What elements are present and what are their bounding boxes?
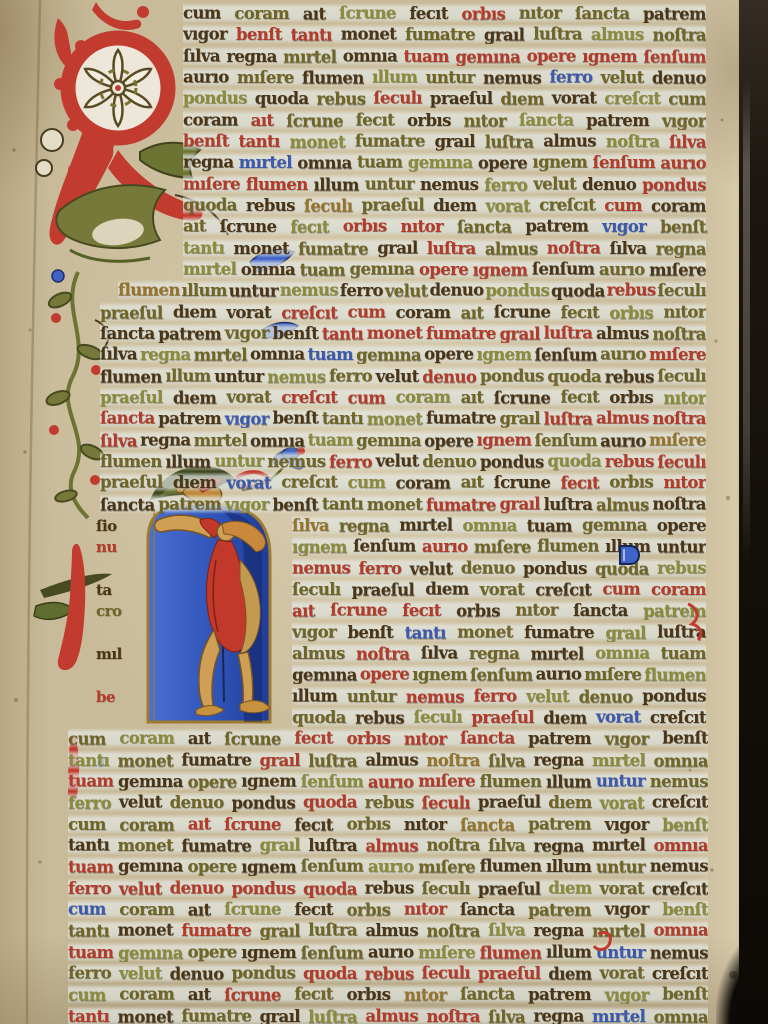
red-curl — [594, 932, 610, 949]
manuscript-page: cumcoramaıtſcrunefecıtorbısnıtorſanctapa… — [0, 0, 768, 1024]
book-edge-highlight-streak — [743, 78, 750, 564]
inline-ornament-layer — [0, 0, 768, 1024]
red-flourish — [688, 604, 701, 640]
blue-initial-letter — [620, 546, 639, 564]
